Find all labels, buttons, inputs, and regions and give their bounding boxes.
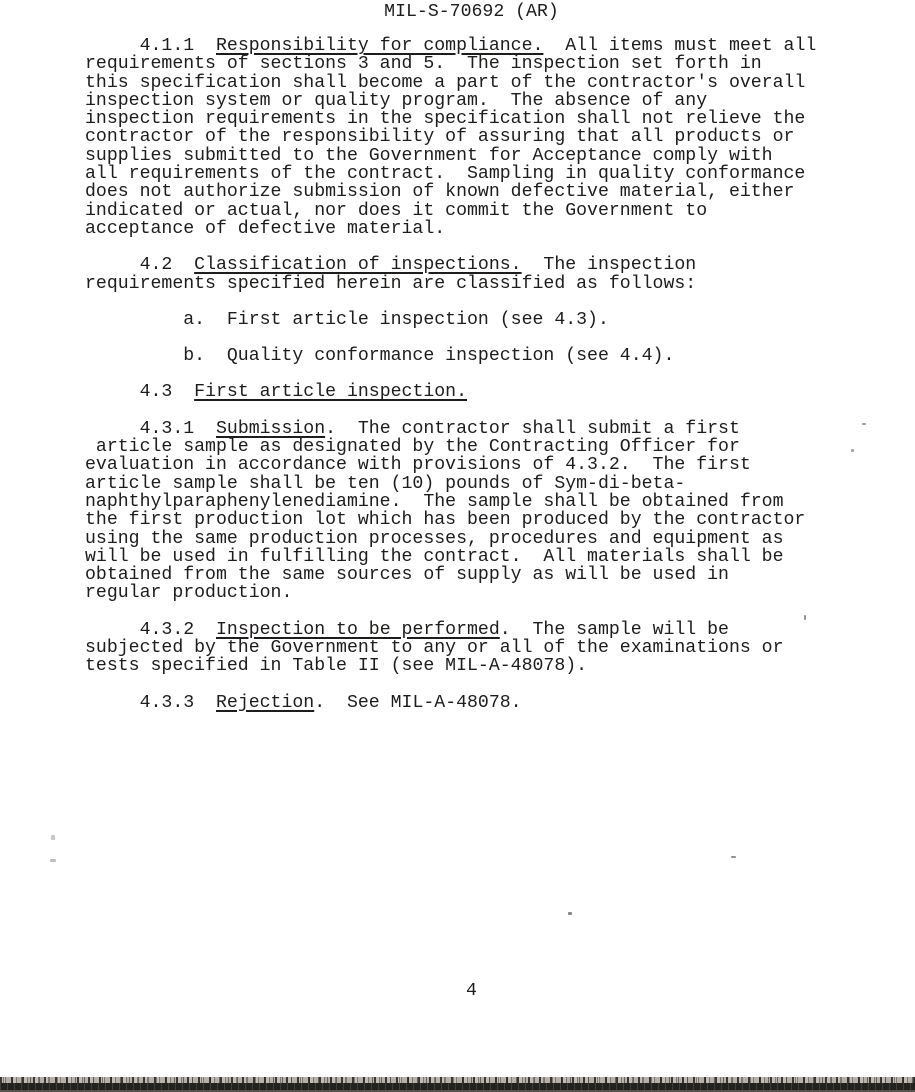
text-segment: obtained from the same sources of supply… <box>85 565 729 585</box>
text-line: supplies submitted to the Government for… <box>85 147 845 165</box>
text-segment: tests specified in Table II (see MIL-A-4… <box>85 656 587 676</box>
para-4-1-1: 4.1.1 Responsibility for compliance. All… <box>85 37 845 238</box>
text-segment: all requirements of the contract. Sampli… <box>85 164 805 184</box>
text-segment: The inspection <box>522 255 697 275</box>
text-line: 4.1.1 Responsibility for compliance. All… <box>85 37 845 55</box>
para-4-3-1: 4.3.1 Submission. The contractor shall s… <box>85 420 845 603</box>
text-segment: inspection system or quality program. Th… <box>85 91 707 111</box>
underlined-text-segment: Rejection <box>216 693 314 713</box>
scan-speck <box>51 835 55 840</box>
text-segment: the first production lot which has been … <box>85 510 805 530</box>
text-line: will be used in fulfilling the contract.… <box>85 548 845 566</box>
text-segment: this specification shall become a part o… <box>85 73 805 93</box>
text-line: 4.3.2 Inspection to be performed. The sa… <box>85 621 845 639</box>
text-segment: b. Quality conformance inspection (see 4… <box>85 346 674 366</box>
text-segment: . See MIL-A-48078. <box>314 693 521 713</box>
text-line: tests specified in Table II (see MIL-A-4… <box>85 657 845 675</box>
heading-4-3: 4.3 First article inspection. <box>85 383 845 401</box>
text-segment: article sample as designated by the Cont… <box>85 437 740 457</box>
scan-speck <box>851 449 854 452</box>
text-line: requirements of sections 3 and 5. The in… <box>85 55 845 73</box>
underlined-text-segment: Classification of inspections. <box>194 255 521 275</box>
para-4-3-2: 4.3.2 Inspection to be performed. The sa… <box>85 621 845 676</box>
text-line: contractor of the responsibility of assu… <box>85 128 845 146</box>
text-segment: 4.3 <box>85 382 194 402</box>
text-segment: contractor of the responsibility of assu… <box>85 127 794 147</box>
list-item-b: b. Quality conformance inspection (see 4… <box>85 347 845 365</box>
text-line: article sample as designated by the Cont… <box>85 438 845 456</box>
text-segment: will be used in fulfilling the contract.… <box>85 547 784 567</box>
text-line: inspection system or quality program. Th… <box>85 92 845 110</box>
text-segment: 4.3.1 <box>85 419 216 439</box>
underlined-text-segment: Inspection to be performed <box>216 620 500 640</box>
text-line: 4.3 First article inspection. <box>85 383 845 401</box>
scan-speck <box>804 615 806 620</box>
text-segment: naphthylparaphenylenediamine. The sample… <box>85 492 784 512</box>
text-segment: indicated or actual, nor does it commit … <box>85 201 707 221</box>
scan-speck <box>568 912 572 915</box>
text-line: a. First article inspection (see 4.3). <box>85 311 845 329</box>
page-number: 4 <box>14 982 915 1000</box>
text-line: 4.3.1 Submission. The contractor shall s… <box>85 420 845 438</box>
document-body: 4.1.1 Responsibility for compliance. All… <box>85 37 845 730</box>
text-line: inspection requirements in the specifica… <box>85 110 845 128</box>
text-line: acceptance of defective material. <box>85 220 845 238</box>
text-line: requirements specified herein are classi… <box>85 275 845 293</box>
text-line: naphthylparaphenylenediamine. The sample… <box>85 493 845 511</box>
text-segment: a. First article inspection (see 4.3). <box>85 310 609 330</box>
text-segment: 4.1.1 <box>85 36 216 56</box>
list-item-a: a. First article inspection (see 4.3). <box>85 311 845 329</box>
text-segment: All items must meet all <box>543 36 816 56</box>
text-line: 4.3.3 Rejection. See MIL-A-48078. <box>85 694 845 712</box>
text-segment: evaluation in accordance with provisions… <box>85 455 751 475</box>
scan-speck <box>731 856 736 858</box>
text-segment: 4.2 <box>85 255 194 275</box>
text-line: all requirements of the contract. Sampli… <box>85 165 845 183</box>
text-line: evaluation in accordance with provisions… <box>85 456 845 474</box>
para-4-3-3: 4.3.3 Rejection. See MIL-A-48078. <box>85 694 845 712</box>
text-line: regular production. <box>85 584 845 602</box>
text-segment: . The contractor shall submit a first <box>325 419 740 439</box>
text-segment: inspection requirements in the specifica… <box>85 109 805 129</box>
text-segment: subjected by the Government to any or al… <box>85 638 784 658</box>
text-segment: supplies submitted to the Government for… <box>85 146 773 166</box>
text-segment: . The sample will be <box>500 620 729 640</box>
underlined-text-segment: Responsibility for compliance. <box>216 36 543 56</box>
text-line: obtained from the same sources of supply… <box>85 566 845 584</box>
scan-speck <box>50 859 56 862</box>
text-segment: using the same production processes, pro… <box>85 529 784 549</box>
underlined-text-segment: First article inspection. <box>194 382 467 402</box>
scanned-document-page: MIL-S-70692 (AR) 4.1.1 Responsibility fo… <box>0 0 915 1092</box>
text-segment: requirements specified herein are classi… <box>85 274 696 294</box>
text-line: subjected by the Government to any or al… <box>85 639 845 657</box>
text-line: 4.2 Classification of inspections. The i… <box>85 256 845 274</box>
underlined-text-segment: Submission <box>216 419 325 439</box>
text-segment: article sample shall be ten (10) pounds … <box>85 474 685 494</box>
text-segment: 4.3.2 <box>85 620 216 640</box>
scanner-dark-strip <box>0 1083 915 1090</box>
text-line: the first production lot which has been … <box>85 511 845 529</box>
text-line: using the same production processes, pro… <box>85 530 845 548</box>
text-segment: regular production. <box>85 583 292 603</box>
text-line: does not authorize submission of known d… <box>85 183 845 201</box>
text-segment: does not authorize submission of known d… <box>85 182 794 202</box>
scanner-edge-band <box>0 1077 915 1092</box>
para-4-2: 4.2 Classification of inspections. The i… <box>85 256 845 293</box>
document-id-header: MIL-S-70692 (AR) <box>14 3 915 21</box>
scan-speck <box>862 423 866 425</box>
text-segment: 4.3.3 <box>85 693 216 713</box>
text-segment: acceptance of defective material. <box>85 219 445 239</box>
text-line: article sample shall be ten (10) pounds … <box>85 475 845 493</box>
text-line: this specification shall become a part o… <box>85 74 845 92</box>
text-line: b. Quality conformance inspection (see 4… <box>85 347 845 365</box>
text-segment: requirements of sections 3 and 5. The in… <box>85 54 762 74</box>
text-line: indicated or actual, nor does it commit … <box>85 202 845 220</box>
